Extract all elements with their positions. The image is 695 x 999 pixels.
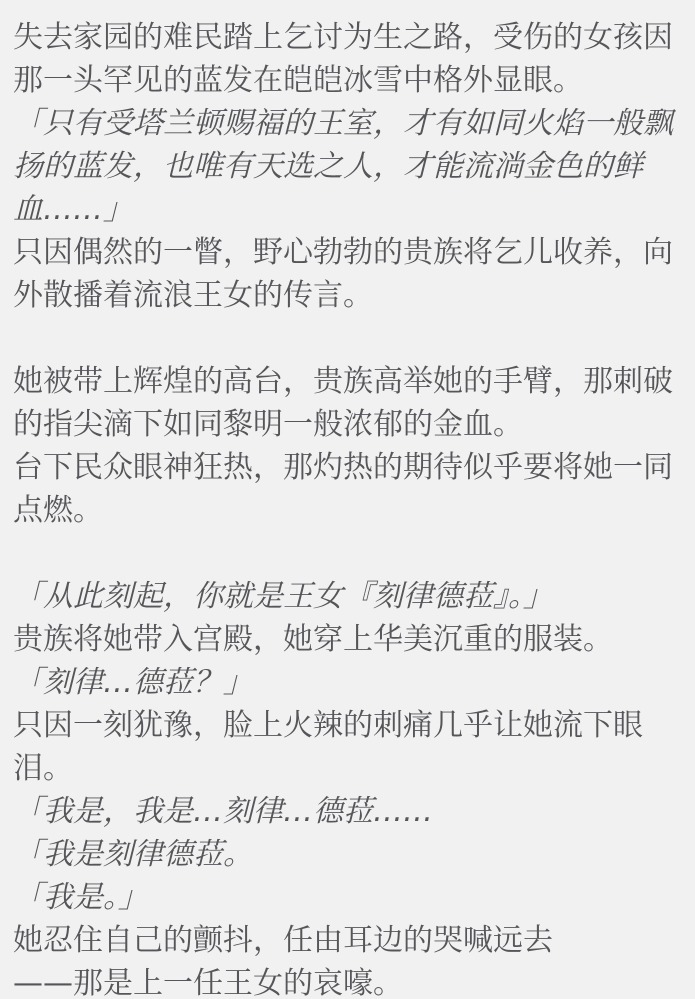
story-paragraph: 「从此刻起，你就是王女『刻律德菈』。」 <box>13 575 683 618</box>
story-text-container: 失去家园的难民踏上乞讨为生之路，受伤的女孩因那一头罕见的蓝发在皑皑冰雪中格外显眼… <box>13 16 683 999</box>
story-paragraph: ——那是上一任王女的哀嚎。 <box>13 962 683 999</box>
story-paragraph: 「我是，我是…刻律…德菈…… <box>13 790 683 833</box>
story-paragraph: 「我是。」 <box>13 876 683 919</box>
paragraph-spacer <box>13 317 683 360</box>
story-paragraph: 她忍住自己的颤抖，任由耳边的哭喊远去 <box>13 919 683 962</box>
story-paragraph: 「我是刻律德菈。 <box>13 833 683 876</box>
paragraph-spacer <box>13 532 683 575</box>
story-paragraph: 「只有受塔兰顿赐福的王室，才有如同火焰一般飘扬的蓝发，也唯有天选之人，才能流淌金… <box>13 102 683 231</box>
story-paragraph: 只因一刻犹豫，脸上火辣的刺痛几乎让她流下眼泪。 <box>13 704 683 790</box>
story-reader-page: 失去家园的难民踏上乞讨为生之路，受伤的女孩因那一头罕见的蓝发在皑皑冰雪中格外显眼… <box>0 0 695 999</box>
story-paragraph: 她被带上辉煌的高台，贵族高举她的手臂，那刺破的指尖滴下如同黎明一般浓郁的金血。 <box>13 360 683 446</box>
story-paragraph: 贵族将她带入宫殿，她穿上华美沉重的服装。 <box>13 618 683 661</box>
story-paragraph: 台下民众眼神狂热，那灼热的期待似乎要将她一同点燃。 <box>13 446 683 532</box>
story-paragraph: 「刻律…德菈？」 <box>13 661 683 704</box>
story-paragraph: 只因偶然的一瞥，野心勃勃的贵族将乞儿收养，向外散播着流浪王女的传言。 <box>13 231 683 317</box>
story-paragraph: 失去家园的难民踏上乞讨为生之路，受伤的女孩因那一头罕见的蓝发在皑皑冰雪中格外显眼… <box>13 16 683 102</box>
